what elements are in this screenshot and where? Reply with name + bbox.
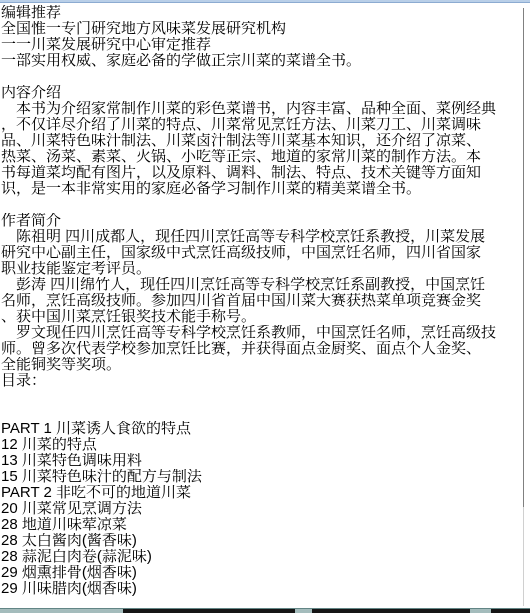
text-line-table-of-contents [1, 389, 524, 405]
text-line-content-introduction: 识，是一本非常实用的家庭必备学习制作川菜的精美菜谱全书。 [1, 181, 524, 197]
text-line-gap-1 [1, 69, 524, 85]
text-line-author-biography: 陈祖明 四川成都人，现任四川烹饪高等专科学校烹饪系教授，川菜发展 [1, 229, 524, 245]
text-line-table-of-contents: 28 蒜泥白肉卷(蒜泥味) [1, 549, 524, 565]
text-line-table-of-contents: 12 川菜的特点 [1, 437, 524, 453]
text-line-content-introduction: 品、川菜特色味汁制法、川菜卤汁制法等川菜基本知识，还介绍了凉菜、 [1, 133, 524, 149]
text-line-author-biography: 职业技能鉴定考评员。 [1, 261, 524, 277]
text-line-table-of-contents: PART 1 川菜诱人食欲的特点 [1, 421, 524, 437]
text-line-editorial-recommendation: 全国惟一专门研究地方风味菜发展研究机构 [1, 21, 524, 37]
text-line-content-introduction: 热菜、汤菜、素菜、火锅、小吃等正宗、地道的家常川菜的制作方法。本 [1, 149, 524, 165]
text-line-table-of-contents: 29 烟熏排骨(烟香味) [1, 565, 524, 581]
text-line-table-of-contents: 13 川菜特色调味用料 [1, 453, 524, 469]
text-line-author-biography: 全能铜奖等奖项。 [1, 357, 524, 373]
text-line-content-introduction: 本书为介绍家常制作川菜的彩色菜谱书，内容丰富、品种全面、菜例经典 [1, 101, 524, 117]
taskbar-button-edge[interactable] [491, 609, 530, 613]
text-line-author-biography: 作者简介 [1, 213, 524, 229]
text-line-table-of-contents [1, 405, 524, 421]
text-line-author-biography: 彭涛 四川绵竹人，现任四川烹饪高等专科学校烹饪系副教授，中国烹饪 [1, 277, 524, 293]
text-line-table-of-contents: 15 川菜特色味汁的配方与制法 [1, 469, 524, 485]
text-line-content-introduction: ，不仅详尽介绍了川菜的特点、川菜常见烹饪方法、川菜刀工、川菜调味 [1, 117, 524, 133]
taskbar-top-sliver [0, 608, 530, 613]
content-right-border [523, 8, 524, 507]
text-line-content-introduction: 书每道菜均配有图片，以及原料、调料、制法、特点、技术关键等方面知 [1, 165, 524, 181]
text-line-table-of-contents: 20 川菜常见烹调方法 [1, 501, 524, 517]
content-right-border-lower [523, 507, 524, 606]
book-description-text: 编辑推荐全国惟一专门研究地方风味菜发展研究机构一一川菜发展研究中心审定推荐一部实… [0, 3, 524, 603]
text-line-author-biography: 罗文现任四川烹饪高等专科学校烹饪系教师，中国烹饪名师，烹饪高级技 [1, 325, 524, 341]
text-line-table-of-contents: 28 太白酱肉(酱香味) [1, 533, 524, 549]
text-line-table-of-contents: 目录： [1, 373, 524, 389]
taskbar-button-edge[interactable] [123, 609, 295, 613]
text-line-editorial-recommendation: 一部实用权威、家庭必备的学做正宗川菜的菜谱全书。 [1, 53, 524, 69]
text-line-author-biography: 、获中国川菜烹饪银奖技术能手称号。 [1, 309, 524, 325]
text-line-table-of-contents: 28 地道川味荤凉菜 [1, 517, 524, 533]
text-line-editorial-recommendation: 一一川菜发展研究中心审定推荐 [1, 37, 524, 53]
text-line-author-biography: 研究中心副主任，国家级中式烹饪高级技师，中国烹饪名师，四川省国家 [1, 245, 524, 261]
text-line-table-of-contents: 29 川味腊肉(烟香味) [1, 581, 524, 597]
text-line-author-biography: 名师，烹饪高级技师。参加四川省首届中国川菜大赛获热菜单项竞赛金奖 [1, 293, 524, 309]
text-line-table-of-contents: PART 2 非吃不可的地道川菜 [1, 485, 524, 501]
text-line-author-biography: 师。曾多次代表学校参加烹饪比赛，并获得面点金厨奖、面点个人金奖、 [1, 341, 524, 357]
text-line-editorial-recommendation: 编辑推荐 [1, 5, 524, 21]
text-line-content-introduction: 内容介绍 [1, 85, 524, 101]
taskbar-button-edge[interactable] [312, 609, 470, 613]
text-line-gap-2 [1, 197, 524, 213]
